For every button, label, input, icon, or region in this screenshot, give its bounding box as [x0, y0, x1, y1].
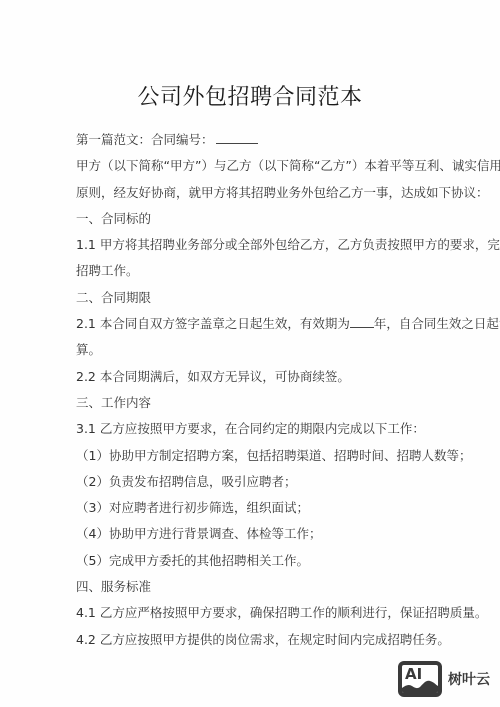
document-page: 公司外包招聘合同范本 第一篇范文：合同编号： 甲方（以下简称“甲方”）与乙方（以…	[0, 0, 500, 707]
wave-icon	[402, 679, 438, 693]
contract-number-line: 第一篇范文：合同编号：	[76, 127, 428, 153]
ai-image-logo-icon: AI	[398, 661, 442, 697]
term-years-blank	[350, 315, 374, 328]
section-heading-2: 二、合同期限	[76, 285, 428, 311]
clause-3-item-3: （3）对应聘者进行初步筛选，组织面试；	[76, 495, 428, 521]
section-heading-3: 三、工作内容	[76, 390, 428, 416]
document-body: 第一篇范文：合同编号： 甲方（以下简称“甲方”）与乙方（以下简称“乙方”）本着平…	[76, 127, 428, 653]
contract-number-label: 第一篇范文：合同编号：	[76, 132, 214, 147]
clause-2-1-cont: 算。	[76, 337, 428, 363]
intro-line-2: 原则，经友好协商，就甲方将其招聘业务外包给乙方一事，达成如下协议：	[76, 180, 428, 206]
clause-3-1: 3.1 乙方应按照甲方要求，在合同约定的期限内完成以下工作：	[76, 416, 428, 442]
clause-1-1-cont: 招聘工作。	[76, 258, 428, 284]
clause-1-1: 1.1 甲方将其招聘业务部分或全部外包给乙方，乙方负责按照甲方的要求，完成	[76, 232, 428, 258]
section-heading-1: 一、合同标的	[76, 206, 428, 232]
watermark: AI 树叶云	[398, 661, 490, 697]
clause-3-item-1: （1）协助甲方制定招聘方案，包括招聘渠道、招聘时间、招聘人数等；	[76, 443, 428, 469]
clause-3-item-2: （2）负责发布招聘信息，吸引应聘者；	[76, 469, 428, 495]
document-title: 公司外包招聘合同范本	[0, 84, 500, 112]
clause-4-2: 4.2 乙方应按照甲方提供的岗位需求，在规定时间内完成招聘任务。	[76, 627, 428, 653]
contract-number-blank	[216, 131, 258, 144]
clause-2-2: 2.2 本合同期满后，如双方无异议，可协商续签。	[76, 364, 428, 390]
clause-3-item-4: （4）协助甲方进行背景调查、体检等工作；	[76, 521, 428, 547]
intro-line-1: 甲方（以下简称“甲方”）与乙方（以下简称“乙方”）本着平等互利、诚实信用的	[76, 153, 428, 179]
clause-4-1: 4.1 乙方应严格按照甲方要求，确保招聘工作的顺利进行，保证招聘质量。	[76, 600, 428, 626]
clause-2-1-after: 年，自合同生效之日起计	[374, 316, 500, 331]
clause-2-1: 2.1 本合同自双方签字盖章之日起生效，有效期为年，自合同生效之日起计	[76, 311, 428, 337]
watermark-brand: 树叶云	[448, 669, 490, 689]
clause-2-1-before: 2.1 本合同自双方签字盖章之日起生效，有效期为	[76, 316, 350, 331]
clause-3-item-5: （5）完成甲方委托的其他招聘相关工作。	[76, 548, 428, 574]
section-heading-4: 四、服务标准	[76, 574, 428, 600]
